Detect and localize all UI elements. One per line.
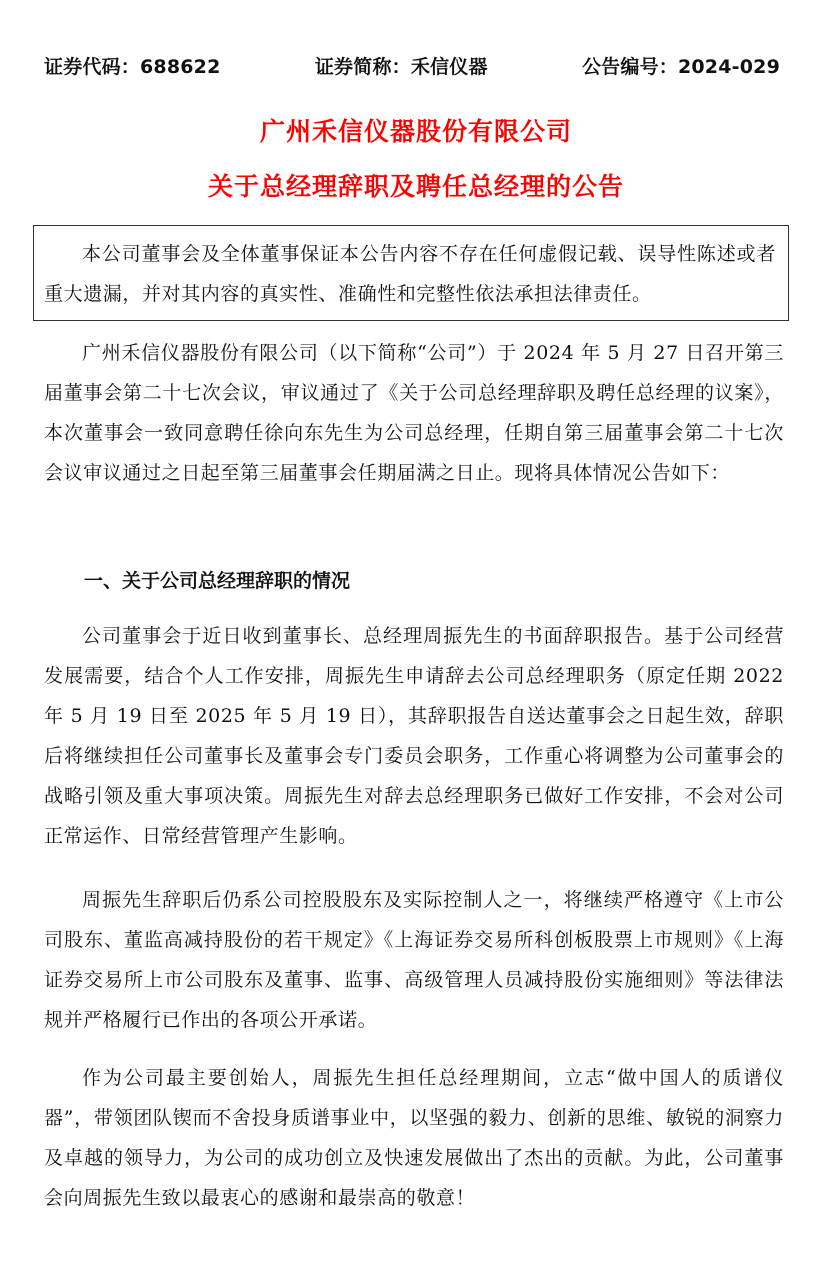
- company-title: 广州禾信仪器股份有限公司: [0, 112, 832, 148]
- disclaimer-box: 本公司董事会及全体董事保证本公告内容不存在任何虚假记载、误导性陈述或者重大遗漏，…: [33, 225, 789, 321]
- intro-paragraph: 广州禾信仪器股份有限公司（以下简称“公司”）于 2024 年 5 月 27 日召…: [44, 333, 784, 493]
- document-header: 证券代码：688622 证券简称：禾信仪器 公告编号：2024-029: [44, 52, 780, 79]
- body-paragraph: 公司董事会于近日收到董事长、总经理周振先生的书面辞职报告。基于公司经营发展需要，…: [44, 616, 784, 856]
- body-paragraph: 作为公司最主要创始人，周振先生担任总经理期间，立志“做中国人的质谱仪器”，带领团…: [44, 1058, 784, 1218]
- stock-short-name: 证券简称：禾信仪器: [315, 52, 488, 79]
- body-paragraph: 周振先生辞职后仍系公司控股股东及实际控制人之一，将继续严格遵守《上市公司股东、董…: [44, 880, 784, 1040]
- section-heading-resignation: 一、关于公司总经理辞职的情况: [84, 566, 350, 593]
- announcement-number: 公告编号：2024-029: [582, 52, 780, 79]
- stock-code: 证券代码：688622: [44, 52, 221, 79]
- announcement-subject: 关于总经理辞职及聘任总经理的公告: [0, 167, 832, 203]
- disclaimer-text: 本公司董事会及全体董事保证本公告内容不存在任何虚假记载、误导性陈述或者重大遗漏，…: [34, 234, 788, 314]
